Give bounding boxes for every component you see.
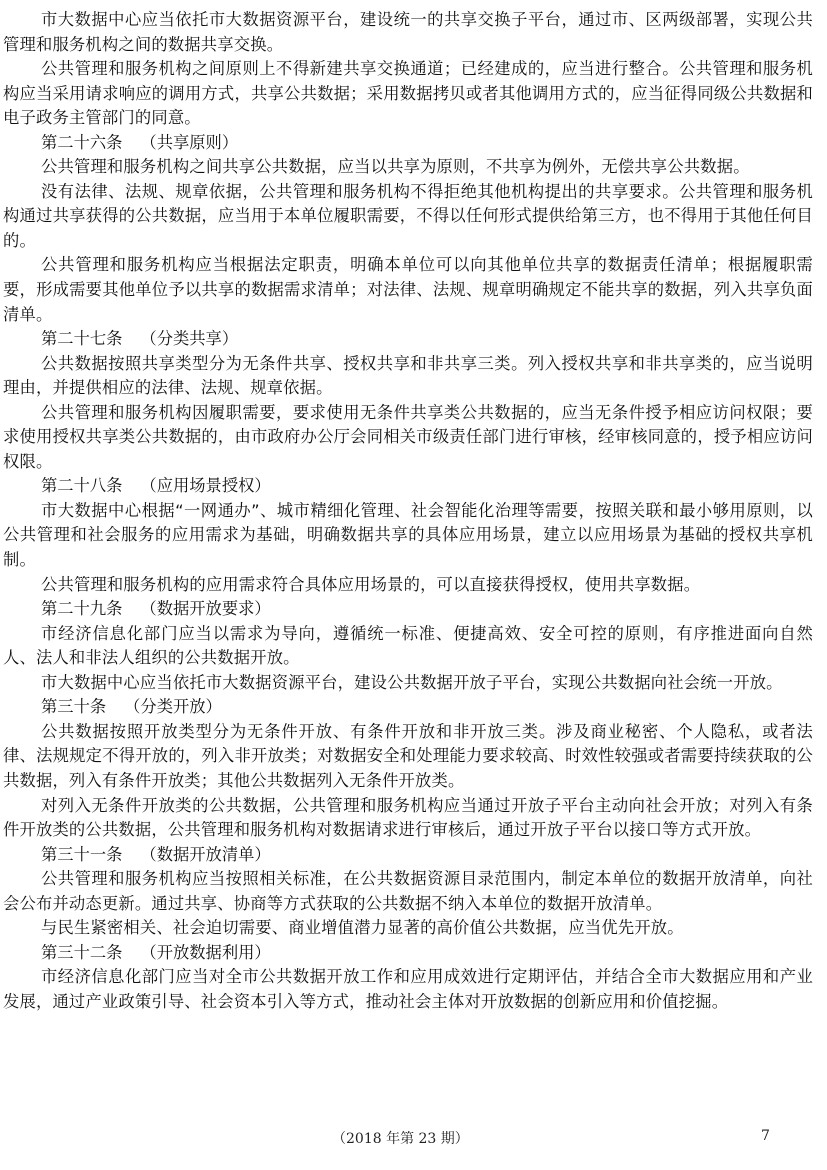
article-number: 第三十二条 [41, 943, 122, 962]
article-number: 第二十九条 [41, 599, 122, 618]
article-heading-29: 第二十九条（数据开放要求） [3, 597, 813, 622]
page-footer: （2018 年第 23 期） 7 [0, 1128, 827, 1152]
paragraph: 公共数据按照开放类型分为无条件开放、有条件开放和非开放三类。涉及商业秘密、个人隐… [3, 720, 813, 794]
article-title: （分类开放） [124, 697, 222, 716]
paragraph: 市经济信息化部门应当对全市公共数据开放工作和应用成效进行定期评估，并结合全市大数… [3, 965, 813, 1014]
paragraph: 市大数据中心根据“一网通办”、城市精细化管理、社会智能化治理等需要，按照关联和最… [3, 499, 813, 573]
paragraph: 与民生紧密相关、社会迫切需要、商业增值潜力显著的高价值公共数据，应当优先开放。 [3, 916, 813, 941]
paragraph: 公共管理和服务机构应当按照相关标准，在公共数据资源目录范围内，制定本单位的数据开… [3, 867, 813, 916]
article-number: 第三十条 [41, 697, 106, 716]
paragraph: 公共数据按照共享类型分为无条件共享、授权共享和非共享三类。列入授权共享和非共享类… [3, 352, 813, 401]
paragraph: 对列入无条件开放类的公共数据，公共管理和服务机构应当通过开放子平台主动向社会开放… [3, 794, 813, 843]
page-number: 7 [761, 1128, 770, 1144]
paragraph: 市经济信息化部门应当以需求为导向，遵循统一标准、便捷高效、安全可控的原则，有序推… [3, 622, 813, 671]
article-title: （应用场景授权） [140, 476, 270, 495]
paragraph: 公共管理和服务机构之间原则上不得新建共享交换通道；已经建成的，应当进行整合。公共… [3, 57, 813, 131]
article-number: 第二十八条 [41, 476, 122, 495]
paragraph: 公共管理和服务机构之间共享公共数据，应当以共享为原则，不共享为例外，无偿共享公共… [3, 155, 813, 180]
article-heading-26: 第二十六条（共享原则） [3, 131, 813, 156]
article-heading-32: 第三十二条（开放数据利用） [3, 941, 813, 966]
article-title: （分类共享） [140, 329, 238, 348]
paragraph: 公共管理和服务机构因履职需要，要求使用无条件共享类公共数据的，应当无条件授予相应… [3, 401, 813, 475]
paragraph: 公共管理和服务机构应当根据法定职责，明确本单位可以向其他单位共享的数据责任清单；… [3, 253, 813, 327]
paragraph: 市大数据中心应当依托市大数据资源平台，建设公共数据开放子平台，实现公共数据向社会… [3, 671, 813, 696]
article-title: （开放数据利用） [140, 943, 270, 962]
article-title: （数据开放要求） [140, 599, 270, 618]
article-heading-31: 第三十一条（数据开放清单） [3, 843, 813, 868]
article-heading-27: 第二十七条（分类共享） [3, 327, 813, 352]
paragraph: 市大数据中心应当依托市大数据资源平台，建设统一的共享交换子平台，通过市、区两级部… [3, 8, 813, 57]
article-title: （数据开放清单） [140, 845, 270, 864]
issue-label: （2018 年第 23 期） [332, 1128, 469, 1148]
article-title: （共享原则） [140, 133, 238, 152]
article-heading-30: 第三十条（分类开放） [3, 695, 813, 720]
paragraph: 没有法律、法规、规章依据，公共管理和服务机构不得拒绝其他机构提出的共享要求。公共… [3, 180, 813, 254]
article-number: 第三十一条 [41, 845, 122, 864]
paragraph: 公共管理和服务机构的应用需求符合具体应用场景的，可以直接获得授权，使用共享数据。 [3, 573, 813, 598]
document-body: 市大数据中心应当依托市大数据资源平台，建设统一的共享交换子平台，通过市、区两级部… [3, 8, 813, 1014]
article-number: 第二十六条 [41, 133, 122, 152]
article-number: 第二十七条 [41, 329, 122, 348]
article-heading-28: 第二十八条（应用场景授权） [3, 474, 813, 499]
